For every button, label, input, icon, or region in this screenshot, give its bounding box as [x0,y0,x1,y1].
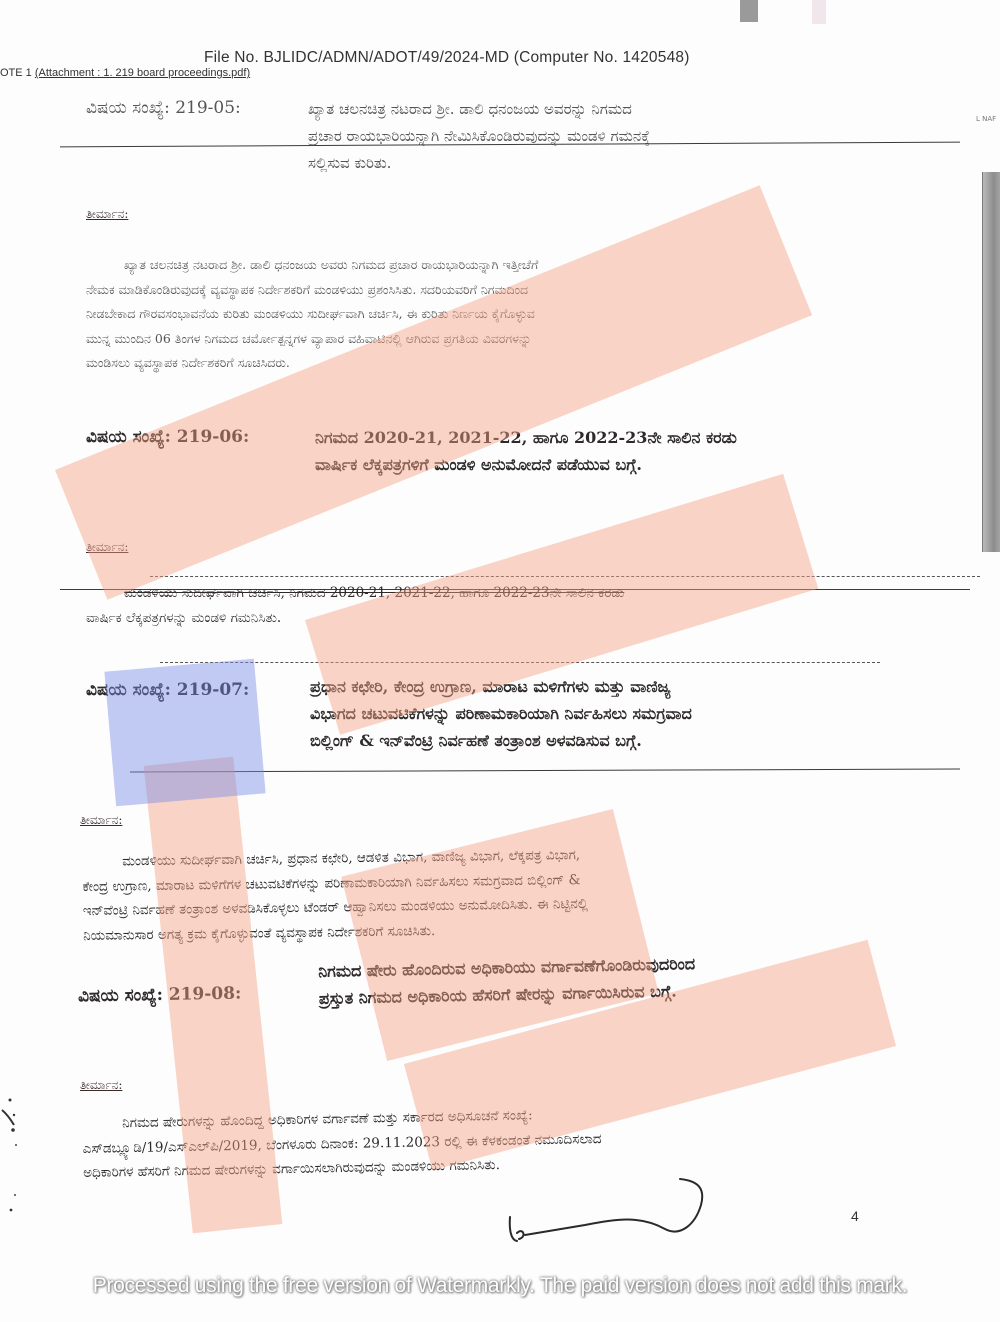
subject-number: ವಿಷಯ ಸಂಖ್ಯೆ: 219-06: [86,427,249,447]
decision-heading: ತೀರ್ಮಾನ: [86,540,128,555]
subject-line: ಪ್ರಧಾನ ಕಛೇರಿ, ಕೇಂದ್ರ ಉಗ್ರಾಣ, ಮಾರಾಟ ಮಳಿಗೆ… [310,673,860,700]
divider [150,576,980,577]
decision-line: ನೀಡಬೇಕಾದ ಗೌರವಸಂಭಾವನೆಯ ಕುರಿತು ಮಂಡಳಿಯು ಸುದ… [86,302,856,327]
subject-text: ಪ್ರಧಾನ ಕಛೇರಿ, ಕೇಂದ್ರ ಉಗ್ರಾಣ, ಮಾರಾಟ ಮಳಿಗೆ… [310,673,860,754]
subject-text: ಖ್ಯಾತ ಚಲನಚಿತ್ರ ನಟರಾದ ಶ್ರೀ. ಡಾಲಿ ಧನಂಜಯ ಅವ… [308,96,868,177]
subject-text: ನಿಗಮದ 2020-21, 2021-22, ಹಾಗೂ 2022-23ನೇ ಸ… [315,424,875,478]
subject-number: ವಿಷಯ ಸಂಖ್ಯೆ: 219-05: [86,98,241,118]
note-prefix: OTE 1 [0,67,32,79]
page-number: 4 [851,1208,859,1224]
watermark-text: Processed using the free version of Wate… [0,1274,1000,1298]
decision-heading: ತೀರ್ಮಾನ: [80,813,122,828]
decision-heading: ತೀರ್ಮಾನ: [80,1078,122,1093]
adjacent-page-label: L NAF [976,115,996,123]
decision-heading: ತೀರ್ಮಾನ: [86,207,128,222]
adjacent-page-edge [982,172,1000,552]
subject-line: ಸಲ್ಲಿಸುವ ಕುರಿತು. [308,150,868,177]
subject-line: ಬಿಲ್ಲಿಂಗ್ & ಇನ್‌ವೆಂಟ್ರಿ ನಿರ್ವಹಣೆ ತಂತ್ರಾಂ… [310,727,860,754]
decision-line: ಮುನ್ನ ಮುಂದಿನ 06 ತಿಂಗಳ ನಿಗಮದ ಚರ್ಮೋತ್ಪನ್ನಗ… [86,327,856,352]
decision-text: ನಿಗಮದ ಷೇರುಗಳನ್ನು ಹೊಂದಿದ್ದ ಅಧಿಕಾರಿಗಳ ವರ್ಗ… [82,1097,863,1185]
decision-line: ಖ್ಯಾತ ಚಲನಚಿತ್ರ ನಟರಾದ ಶ್ರೀ. ಡಾಲಿ ಧನಂಜಯ ಅವ… [86,253,856,278]
subject-line: ವಾರ್ಷಿಕ ಲೆಕ್ಕಪತ್ರಗಳಿಗೆ ಮಂಡಳಿ ಅನುಮೋದನೆ ಪಡ… [315,451,875,478]
subject-line: ಪ್ರಚಾರ ರಾಯಭಾರಿಯನ್ನಾಗಿ ನೇಮಿಸಿಕೊಂಡಿರುವುದನ್… [308,123,868,150]
divider [160,662,880,663]
decision-text: ಮಂಡಳಿಯು ಸುದೀರ್ಘವಾಗಿ ಚರ್ಚಿಸಿ, ನಿಗಮದ 2020-… [86,581,856,630]
note-attachment-line: OTE 1 (Attachment : 1. 219 board proceed… [0,67,250,79]
decision-line: ನೇಮಕ ಮಾಡಿಕೊಂಡಿರುವುದಕ್ಕೆ ವ್ಯವಸ್ಥಾಪಕ ನಿರ್ದ… [86,278,856,303]
subject-line: ಖ್ಯಾತ ಚಲನಚಿತ್ರ ನಟರಾದ ಶ್ರೀ. ಡಾಲಿ ಧನಂಜಯ ಅವ… [308,96,868,123]
decision-line: ಮಂಡಿಸಲು ವ್ಯವಸ್ಥಾಪಕ ನಿರ್ದೇಶಕರಿಗೆ ಸೂಚಿಸಿದರ… [86,351,856,376]
decision-text: ಮಂಡಳಿಯು ಸುದೀರ್ಘವಾಗಿ ಚರ್ಚಿಸಿ, ಪ್ರಧಾನ ಕಛೇರ… [82,839,858,948]
decision-line: ವಾರ್ಷಿಕ ಲೆಕ್ಕಪತ್ರಗಳನ್ನು ಮಂಡಳಿ ಗಮನಿಸಿತು. [86,606,856,631]
subject-text: ನಿಗಮದ ಷೇರು ಹೊಂದಿರುವ ಅಧಿಕಾರಿಯು ವರ್ಗಾವಣೆಗೊ… [318,946,879,1012]
decision-text: ಖ್ಯಾತ ಚಲನಚಿತ್ರ ನಟರಾದ ಶ್ರೀ. ಡಾಲಿ ಧನಂಜಯ ಅವ… [86,253,856,376]
scan-edge-artifact [740,0,758,22]
watermark-shape [55,185,812,600]
subject-line: ವಿಭಾಗದ ಚಟುವಟಿಕೆಗಳನ್ನು ಪರಿಣಾಮಕಾರಿಯಾಗಿ ನಿರ… [310,700,860,727]
decision-line: ಮಂಡಳಿಯು ಸುದೀರ್ಘವಾಗಿ ಚರ್ಚಿಸಿ, ನಿಗಮದ 2020-… [86,581,856,606]
scan-edge-artifact [812,0,826,24]
subject-number: ವಿಷಯ ಸಂಖ್ಯೆ: 219-08: [78,984,242,1007]
attachment-link[interactable]: (Attachment : 1. 219 board proceedings.p… [35,67,250,79]
scanned-page: L NAF File No. BJLIDC/ADMN/ADOT/49/2024-… [0,0,1000,1322]
subject-line: ನಿಗಮದ 2020-21, 2021-22, ಹಾಗೂ 2022-23ನೇ ಸ… [315,424,875,451]
scan-specks [0,1060,30,1240]
file-number-header: File No. BJLIDC/ADMN/ADOT/49/2024-MD (Co… [204,49,690,67]
subject-number: ವಿಷಯ ಸಂಖ್ಯೆ: 219-07: [86,680,249,700]
divider [130,769,960,773]
signature-icon [505,1175,715,1250]
